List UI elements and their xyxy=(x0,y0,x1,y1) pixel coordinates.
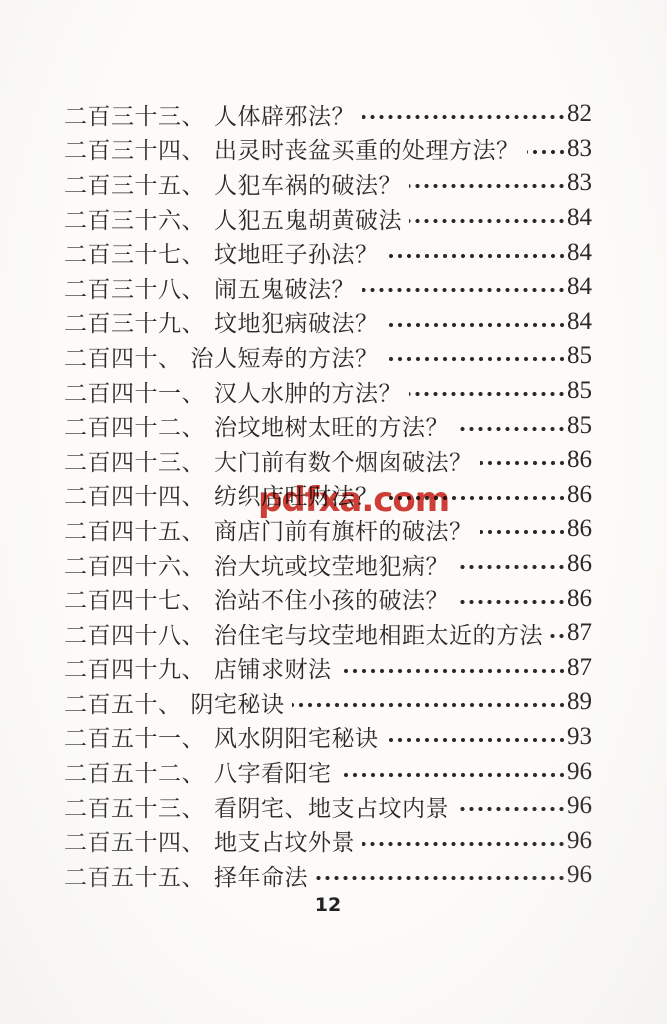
toc-entry-title: 纺织店旺财法？ xyxy=(214,478,379,511)
toc-entry-page: 89 xyxy=(567,688,592,716)
toc-entry: 二百四十五、 商店门前有旗杆的破法？ 86 xyxy=(64,512,592,547)
toc-entry-number: 二百五十四、 xyxy=(64,824,205,857)
toc-entry-title: 阴宅秘诀 xyxy=(191,686,285,719)
toc-entry-number: 二百三十三、 xyxy=(64,98,205,131)
toc-entry: 二百五十五、 择年命法 96 xyxy=(64,858,592,893)
toc-entry: 二百四十、 治人短寿的方法？ 85 xyxy=(64,339,592,374)
toc-entry-number: 二百四十、 xyxy=(64,340,182,373)
toc-entry: 二百四十六、 治大坑或坟茔地犯病？ 86 xyxy=(64,547,592,582)
toc-entry-number: 二百五十五、 xyxy=(64,859,205,892)
toc-entry-title: 闹五鬼破法？ xyxy=(214,271,355,304)
toc-entry: 二百四十一、 汉人水肿的方法？ 85 xyxy=(64,374,592,409)
dot-leader xyxy=(386,322,567,328)
toc-entry-title: 看阴宅、地支占坟内景 xyxy=(214,790,449,823)
dot-leader xyxy=(409,391,566,397)
toc-entry-number: 二百三十七、 xyxy=(64,236,205,269)
toc-entry-number: 二百三十五、 xyxy=(64,167,205,200)
dot-leader xyxy=(339,772,567,778)
toc-entry-number: 二百五十一、 xyxy=(64,720,205,753)
toc-entry-page: 86 xyxy=(567,550,592,578)
dot-leader xyxy=(409,218,566,224)
toc-entry-page: 86 xyxy=(567,515,592,543)
dot-leader xyxy=(456,564,566,570)
dot-leader xyxy=(362,287,566,293)
toc-entry: 二百五十四、 地支占坟外景 96 xyxy=(64,823,592,858)
toc-entry-page: 84 xyxy=(567,273,592,301)
dot-leader xyxy=(480,460,567,466)
toc-entry-title: 治站不住小孩的破法？ xyxy=(214,582,449,615)
dot-leader xyxy=(386,356,567,362)
toc-entry: 二百四十三、 大门前有数个烟囱破法？ 86 xyxy=(64,443,592,478)
toc-entry-page: 96 xyxy=(567,758,592,786)
toc-entry: 二百五十二、 八字看阳宅 96 xyxy=(64,754,592,789)
toc-entry-title: 治住宅与坟茔地相距太近的方法 xyxy=(214,617,543,650)
dot-leader xyxy=(315,875,566,881)
toc-entry: 二百三十八、 闹五鬼破法？ 84 xyxy=(64,270,592,305)
toc-entry-title: 人体辟邪法？ xyxy=(214,98,355,131)
dot-leader xyxy=(339,668,567,674)
toc-entry: 二百三十四、 出灵时丧盆买重的处理方法？ 83 xyxy=(64,132,592,167)
toc-entry-number: 二百四十五、 xyxy=(64,513,205,546)
toc-entry-title: 汉人水肿的方法？ xyxy=(214,375,402,408)
toc-entry-page: 86 xyxy=(567,446,592,474)
toc-entry-title: 择年命法 xyxy=(214,859,308,892)
toc-entry: 二百四十七、 治站不住小孩的破法？ 86 xyxy=(64,581,592,616)
toc-entry-page: 83 xyxy=(567,135,592,163)
page-number: 12 xyxy=(64,894,592,916)
toc-entry-page: 84 xyxy=(567,204,592,232)
toc-entry-title: 风水阴阳宅秘诀 xyxy=(214,720,379,753)
toc-entry-number: 二百三十六、 xyxy=(64,202,205,235)
toc-entry-title: 坟地犯病破法？ xyxy=(214,305,379,338)
toc-entry-title: 人犯车祸的破法？ xyxy=(214,167,402,200)
dot-leader xyxy=(386,253,567,259)
toc-entry-page: 96 xyxy=(567,861,592,889)
toc-entry-page: 93 xyxy=(567,723,592,751)
toc-entry-page: 83 xyxy=(567,169,592,197)
dot-leader xyxy=(456,426,566,432)
toc-entry-number: 二百五十三、 xyxy=(64,790,205,823)
toc-entry-page: 86 xyxy=(567,481,592,509)
toc-entry-title: 大门前有数个烟囱破法？ xyxy=(214,444,473,477)
toc-entry-page: 85 xyxy=(567,342,592,370)
toc-entry-title: 地支占坟外景 xyxy=(214,824,355,857)
dot-leader xyxy=(292,702,567,708)
dot-leader xyxy=(386,495,567,501)
dot-leader xyxy=(362,114,566,120)
toc-entry-title: 出灵时丧盆买重的处理方法？ xyxy=(214,132,520,165)
toc-entry-number: 二百四十七、 xyxy=(64,582,205,615)
toc-entry-page: 84 xyxy=(567,239,592,267)
toc-entry: 二百四十二、 治坟地树太旺的方法？ 85 xyxy=(64,408,592,443)
toc-entry-page: 87 xyxy=(567,654,592,682)
dot-leader xyxy=(480,529,567,535)
toc-entry-title: 店铺求财法 xyxy=(214,651,332,684)
toc-list: 二百三十三、 人体辟邪法？ 82 二百三十四、 出灵时丧盆买重的处理方法？ 83… xyxy=(64,97,592,893)
dot-leader xyxy=(409,183,566,189)
toc-entry-number: 二百四十六、 xyxy=(64,548,205,581)
toc-entry-number: 二百三十九、 xyxy=(64,305,205,338)
toc-entry: 二百五十、 阴宅秘诀 89 xyxy=(64,685,592,720)
toc-entry: 二百三十九、 坟地犯病破法？ 84 xyxy=(64,305,592,340)
toc-entry-number: 二百三十四、 xyxy=(64,132,205,165)
dot-leader xyxy=(527,149,567,155)
toc-entry-page: 87 xyxy=(567,619,592,647)
toc-entry: 二百四十四、 纺织店旺财法？ 86 xyxy=(64,478,592,513)
toc-entry: 二百四十九、 店铺求财法 87 xyxy=(64,651,592,686)
dot-leader xyxy=(456,599,566,605)
toc-entry-page: 85 xyxy=(567,377,592,405)
toc-entry-page: 85 xyxy=(567,412,592,440)
toc-entry-title: 八字看阳宅 xyxy=(214,755,332,788)
toc-entry-page: 96 xyxy=(567,792,592,820)
toc-entry-page: 96 xyxy=(567,827,592,855)
toc-entry-number: 二百五十、 xyxy=(64,686,182,719)
toc-entry-title: 坟地旺子孙法？ xyxy=(214,236,379,269)
toc-entry: 二百三十六、 人犯五鬼胡黄破法 84 xyxy=(64,201,592,236)
toc-entry-page: 86 xyxy=(567,585,592,613)
toc-entry-number: 二百四十九、 xyxy=(64,651,205,684)
toc-entry: 二百三十七、 坟地旺子孙法？ 84 xyxy=(64,235,592,270)
toc-entry-number: 二百四十三、 xyxy=(64,444,205,477)
toc-entry-number: 二百四十一、 xyxy=(64,375,205,408)
toc-entry: 二百三十五、 人犯车祸的破法？ 83 xyxy=(64,166,592,201)
toc-entry-number: 二百四十四、 xyxy=(64,478,205,511)
toc-entry-title: 治大坑或坟茔地犯病？ xyxy=(214,548,449,581)
toc-entry-number: 二百五十二、 xyxy=(64,755,205,788)
toc-entry-number: 二百四十八、 xyxy=(64,617,205,650)
toc-entry: 二百五十一、 风水阴阳宅秘诀 93 xyxy=(64,720,592,755)
dot-leader xyxy=(386,737,567,743)
dot-leader xyxy=(550,633,566,639)
toc-entry-title: 人犯五鬼胡黄破法 xyxy=(214,202,402,235)
toc-entry-number: 二百四十二、 xyxy=(64,409,205,442)
dot-leader xyxy=(456,806,566,812)
toc-entry: 二百五十三、 看阴宅、地支占坟内景 96 xyxy=(64,789,592,824)
toc-entry-title: 商店门前有旗杆的破法？ xyxy=(214,513,473,546)
dot-leader xyxy=(362,841,566,847)
toc-entry: 二百四十八、 治住宅与坟茔地相距太近的方法 87 xyxy=(64,616,592,651)
toc-entry-title: 治坟地树太旺的方法？ xyxy=(214,409,449,442)
toc-entry-number: 二百三十八、 xyxy=(64,271,205,304)
toc-entry-title: 治人短寿的方法？ xyxy=(191,340,379,373)
toc-entry: 二百三十三、 人体辟邪法？ 82 xyxy=(64,97,592,132)
toc-entry-page: 82 xyxy=(567,100,592,128)
toc-entry-page: 84 xyxy=(567,308,592,336)
scanned-page: 二百三十三、 人体辟邪法？ 82 二百三十四、 出灵时丧盆买重的处理方法？ 83… xyxy=(0,0,667,1024)
